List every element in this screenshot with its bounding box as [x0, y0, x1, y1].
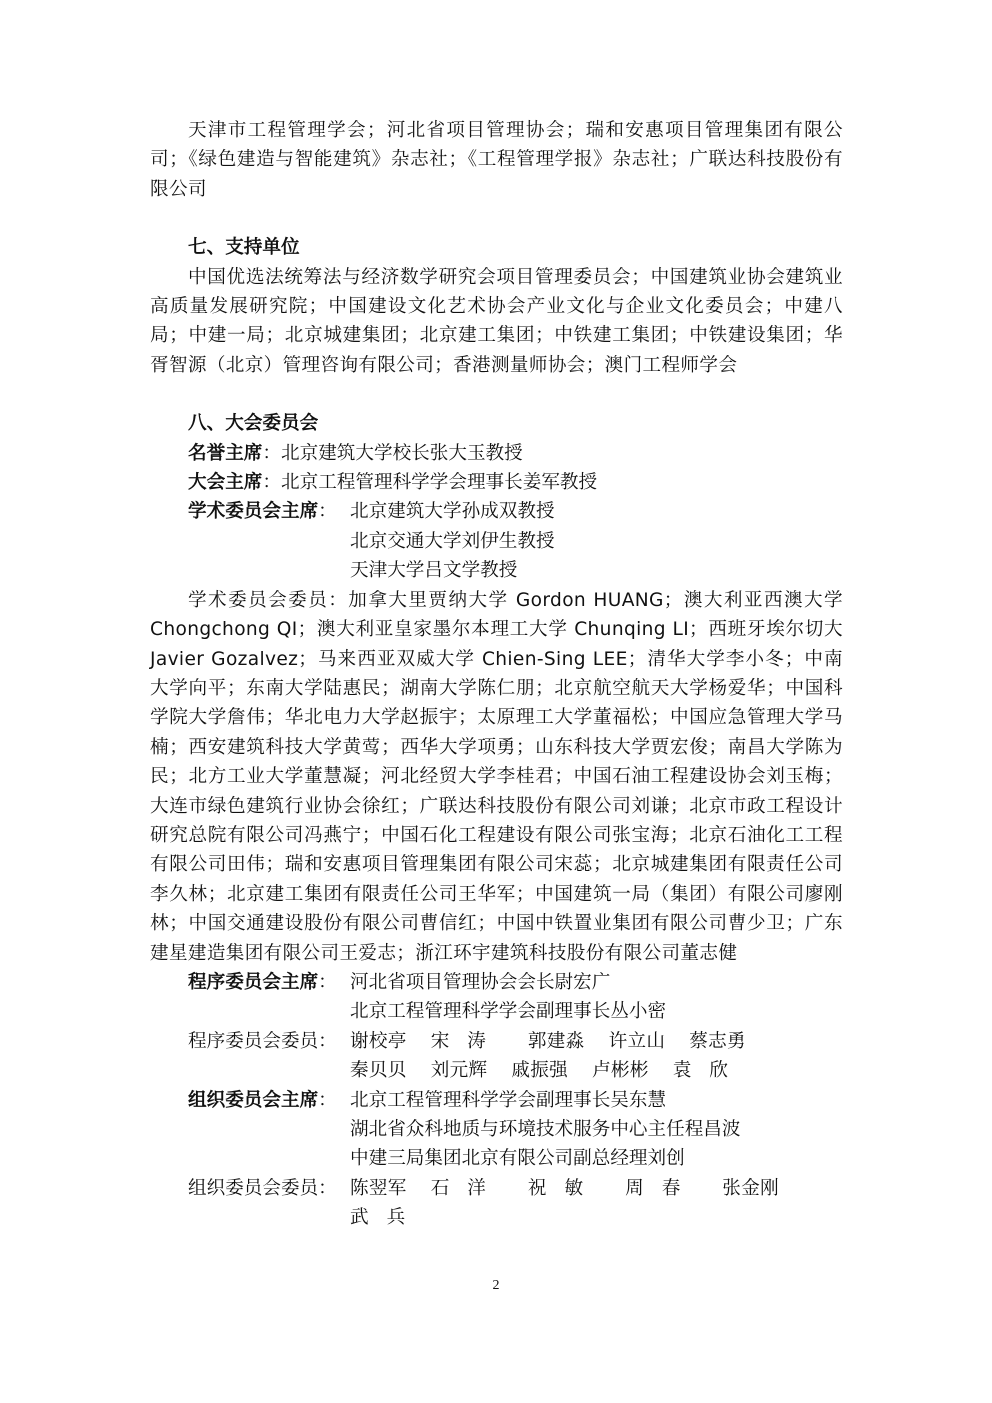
member-name: 宋涛 — [431, 1027, 504, 1056]
academic-chair-value: 天津大学吕文学教授 — [350, 556, 555, 585]
colon: ： — [318, 1090, 337, 1111]
organizing-chair-value: 北京工程管理科学学会副理事长吴东慧 — [350, 1086, 740, 1115]
page-number: 2 — [0, 1278, 992, 1294]
academic-chair-value: 北京建筑大学孙成双教授 — [350, 497, 555, 526]
member-name: 袁欣 — [673, 1056, 746, 1085]
organizers-continued-paragraph: 天津市工程管理学会；河北省项目管理协会；瑞和安惠项目管理集团有限公司；《绿色建造… — [150, 116, 843, 204]
supporting-units-paragraph: 中国优选法统筹法与经济数学研究会项目管理委员会；中国建筑业协会建筑业高质量发展研… — [150, 263, 843, 381]
member-name: 武兵 — [350, 1203, 423, 1232]
member-name: 张金刚 — [722, 1174, 779, 1203]
organizing-chair-label-wrap: 组织委员会主席： — [188, 1086, 350, 1174]
colon: ： — [318, 972, 337, 993]
program-chair-label: 程序委员会主席 — [188, 972, 318, 993]
program-chair-value: 河北省项目管理协会会长尉宏广 — [350, 968, 666, 997]
section-8-heading: 八、大会委员会 — [150, 409, 843, 438]
conference-chair-label: 大会主席 — [188, 468, 262, 497]
conference-chair-value: 北京工程管理科学学会理事长姜军教授 — [281, 468, 597, 497]
member-name: 戚振强 — [511, 1056, 568, 1085]
organizing-chair-value: 中建三局集团北京有限公司副总经理刘创 — [350, 1144, 740, 1173]
spacer — [150, 204, 843, 233]
conference-chair-row: 大会主席 ： 北京工程管理科学学会理事长姜军教授 — [150, 468, 843, 497]
organizing-chair-label: 组织委员会主席 — [188, 1090, 318, 1111]
member-name: 陈翌军 — [350, 1174, 407, 1203]
member-name: 石洋 — [431, 1174, 504, 1203]
program-members-row: 程序委员会委员： 谢校亭 宋涛 郭建淼 许立山 蔡志勇 秦贝贝 刘元辉 戚振强 … — [150, 1027, 843, 1086]
program-chair-values: 河北省项目管理协会会长尉宏广 北京工程管理科学学会副理事长丛小密 — [350, 968, 666, 1027]
member-name: 郭建淼 — [528, 1027, 585, 1056]
program-chair-label-wrap: 程序委员会主席： — [188, 968, 350, 1027]
member-name: 秦贝贝 — [350, 1056, 407, 1085]
academic-chair-row: 学术委员会主席： 北京建筑大学孙成双教授 北京交通大学刘伊生教授 天津大学吕文学… — [150, 497, 843, 585]
member-name: 祝敏 — [528, 1174, 601, 1203]
member-name: 蔡志勇 — [689, 1027, 746, 1056]
member-name: 刘元辉 — [431, 1056, 488, 1085]
member-name: 谢校亭 — [350, 1027, 407, 1056]
academic-members-text: 加拿大里贾纳大学 Gordon HUANG；澳大利亚西澳大学 Chongchon… — [150, 590, 843, 964]
member-name: 许立山 — [609, 1027, 666, 1056]
academic-chair-label: 学术委员会主席 — [188, 501, 318, 522]
program-members-names: 谢校亭 宋涛 郭建淼 许立山 蔡志勇 秦贝贝 刘元辉 戚振强 卢彬彬 袁欣 — [350, 1027, 810, 1086]
honorary-chair-value: 北京建筑大学校长张大玉教授 — [281, 439, 523, 468]
organizing-chair-values: 北京工程管理科学学会副理事长吴东慧 湖北省众科地质与环境技术服务中心主任程昌波 … — [350, 1086, 740, 1174]
member-name: 周春 — [625, 1174, 698, 1203]
academic-chair-values: 北京建筑大学孙成双教授 北京交通大学刘伊生教授 天津大学吕文学教授 — [350, 497, 555, 585]
program-members-label: 程序委员会委员： — [188, 1027, 350, 1086]
organizing-members-label: 组织委员会委员： — [188, 1174, 350, 1233]
academic-chair-value: 北京交通大学刘伊生教授 — [350, 527, 555, 556]
section-7-heading: 七、支持单位 — [150, 233, 843, 262]
program-chair-row: 程序委员会主席： 河北省项目管理协会会长尉宏广 北京工程管理科学学会副理事长丛小… — [150, 968, 843, 1027]
academic-chair-label-wrap: 学术委员会主席： — [188, 497, 350, 585]
organizing-members-row: 组织委员会委员： 陈翌军 石洋 祝敏 周春 张金刚 武兵 — [150, 1174, 843, 1233]
spacer — [150, 380, 843, 409]
organizing-members-names: 陈翌军 石洋 祝敏 周春 张金刚 武兵 — [350, 1174, 810, 1233]
academic-members-label: 学术委员会委员： — [188, 590, 348, 611]
organizing-chair-row: 组织委员会主席： 北京工程管理科学学会副理事长吴东慧 湖北省众科地质与环境技术服… — [150, 1086, 843, 1174]
colon: ： — [262, 468, 281, 497]
colon: ： — [262, 439, 281, 468]
honorary-chair-row: 名誉主席 ： 北京建筑大学校长张大玉教授 — [150, 439, 843, 468]
member-name: 卢彬彬 — [592, 1056, 649, 1085]
program-chair-value: 北京工程管理科学学会副理事长丛小密 — [350, 997, 666, 1026]
honorary-chair-label: 名誉主席 — [188, 439, 262, 468]
document-page: 天津市工程管理学会；河北省项目管理协会；瑞和安惠项目管理集团有限公司；《绿色建造… — [150, 116, 843, 1233]
colon: ： — [318, 501, 337, 522]
organizing-chair-value: 湖北省众科地质与环境技术服务中心主任程昌波 — [350, 1115, 740, 1144]
academic-members-paragraph: 学术委员会委员：加拿大里贾纳大学 Gordon HUANG；澳大利亚西澳大学 C… — [150, 586, 843, 968]
